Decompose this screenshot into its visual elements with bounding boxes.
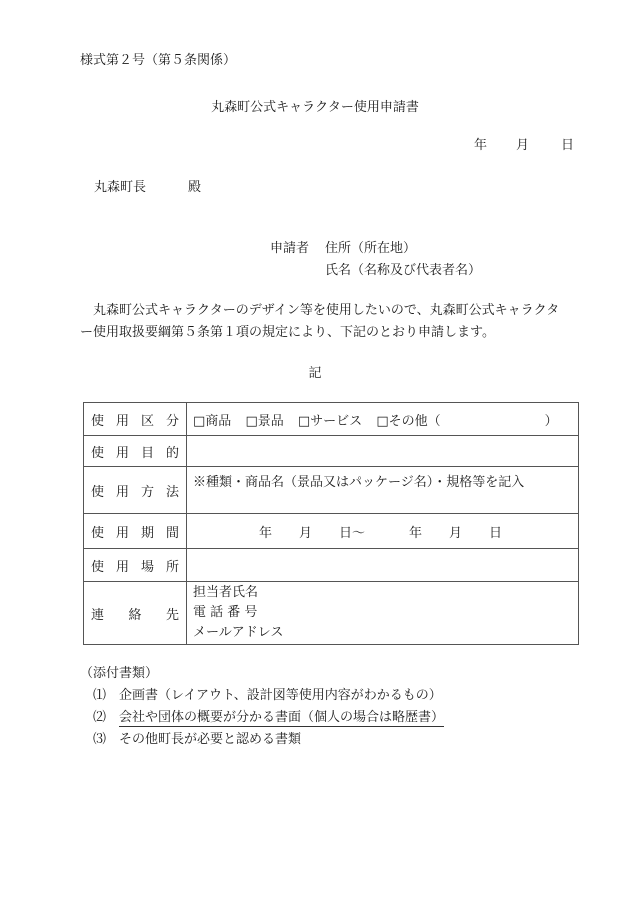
date-day: 日 xyxy=(561,134,574,153)
period-end-month: 月 xyxy=(449,522,489,541)
checkbox-other[interactable]: □その他（ ） xyxy=(376,410,557,429)
body-line-2: ー使用取扱要綱第５条第１項の規定により、下記のとおり申請します。 xyxy=(80,322,580,344)
body-line-1: 丸森町公式キャラクターのデザイン等を使用したいので、丸森町公式キャラクタ xyxy=(80,300,580,322)
row-label: 使用目的 xyxy=(84,436,187,467)
period-start-month: 月 xyxy=(299,522,339,541)
table-row-usage-period: 使用期間 年月日～年月日 xyxy=(84,514,579,549)
attachment-text: 企画書（レイアウト、設計図等使用内容がわかるもの） xyxy=(119,688,442,703)
date-line: 年月日 xyxy=(474,134,574,153)
row-label: 使用方法 xyxy=(84,467,187,514)
attachment-item: ⑴企画書（レイアウト、設計図等使用内容がわかるもの） xyxy=(93,684,442,703)
period-end-day: 日 xyxy=(489,522,502,541)
checkbox-service[interactable]: □サービス xyxy=(298,410,362,429)
attachment-item: ⑶その他町長が必要と認める書類 xyxy=(93,728,301,747)
form-number: 様式第２号（第５条関係） xyxy=(80,49,236,68)
table-row-usage-purpose: 使用目的 xyxy=(84,436,579,467)
addressee-honorific: 殿 xyxy=(188,180,201,195)
usage-period-field[interactable]: 年月日～年月日 xyxy=(187,514,579,549)
attachment-number: ⑶ xyxy=(93,728,119,747)
table-row-usage-category: 使用区分 □商品 □景品 □サービス □その他（ ） xyxy=(84,403,579,436)
usage-table: 使用区分 □商品 □景品 □サービス □その他（ ） 使用目的 使用方法 ※種類… xyxy=(83,402,579,645)
row-label: 使用場所 xyxy=(84,549,187,582)
applicant-address-label: 住所（所在地） xyxy=(325,237,416,256)
row-label: 使用区分 xyxy=(84,403,187,436)
contact-email-label: メールアドレス xyxy=(193,623,572,643)
checkbox-goods[interactable]: □商品 xyxy=(193,410,231,429)
usage-location-field[interactable] xyxy=(187,549,579,582)
contact-field[interactable]: 担当者氏名 電 話 番 号 メールアドレス xyxy=(187,582,579,645)
body-text: 丸森町公式キャラクターのデザイン等を使用したいので、丸森町公式キャラクタ ー使用… xyxy=(80,300,580,344)
period-end-year: 年 xyxy=(409,522,449,541)
usage-purpose-field[interactable] xyxy=(187,436,579,467)
document-title: 丸森町公式キャラクター使用申請書 xyxy=(0,96,630,115)
row-label: 使用期間 xyxy=(84,514,187,549)
applicant-label: 申請者 xyxy=(270,237,309,256)
period-start-day: 日～ xyxy=(339,522,409,541)
attachment-number: ⑵ xyxy=(93,706,119,725)
contact-phone-label: 電 話 番 号 xyxy=(193,603,572,623)
checkbox-prize[interactable]: □景品 xyxy=(245,410,283,429)
ki-heading: 記 xyxy=(0,362,630,381)
contact-person-label: 担当者氏名 xyxy=(193,583,572,603)
row-label: 連絡先 xyxy=(84,582,187,645)
usage-method-field[interactable]: ※種類・商品名（景品又はパッケージ名）・規格等を記入 xyxy=(187,467,579,514)
period-start-year: 年 xyxy=(259,522,299,541)
attachment-number: ⑴ xyxy=(93,684,119,703)
attachments-title: （添付書類） xyxy=(80,662,158,681)
date-year: 年 xyxy=(474,134,516,153)
addressee: 丸森町長殿 xyxy=(94,176,201,195)
addressee-name: 丸森町長 xyxy=(94,180,146,195)
applicant-name-label: 氏名（名称及び代表者名） xyxy=(325,259,481,278)
table-row-usage-method: 使用方法 ※種類・商品名（景品又はパッケージ名）・規格等を記入 xyxy=(84,467,579,514)
table-row-usage-location: 使用場所 xyxy=(84,549,579,582)
usage-category-options: □商品 □景品 □サービス □その他（ ） xyxy=(187,403,579,436)
attachment-text: 会社や団体の概要が分かる書面（個人の場合は略歴書） xyxy=(119,710,444,727)
attachment-item: ⑵会社や団体の概要が分かる書面（個人の場合は略歴書） xyxy=(93,706,444,725)
attachment-text: その他町長が必要と認める書類 xyxy=(119,732,301,747)
date-month: 月 xyxy=(516,134,561,153)
table-row-contact: 連絡先 担当者氏名 電 話 番 号 メールアドレス xyxy=(84,582,579,645)
